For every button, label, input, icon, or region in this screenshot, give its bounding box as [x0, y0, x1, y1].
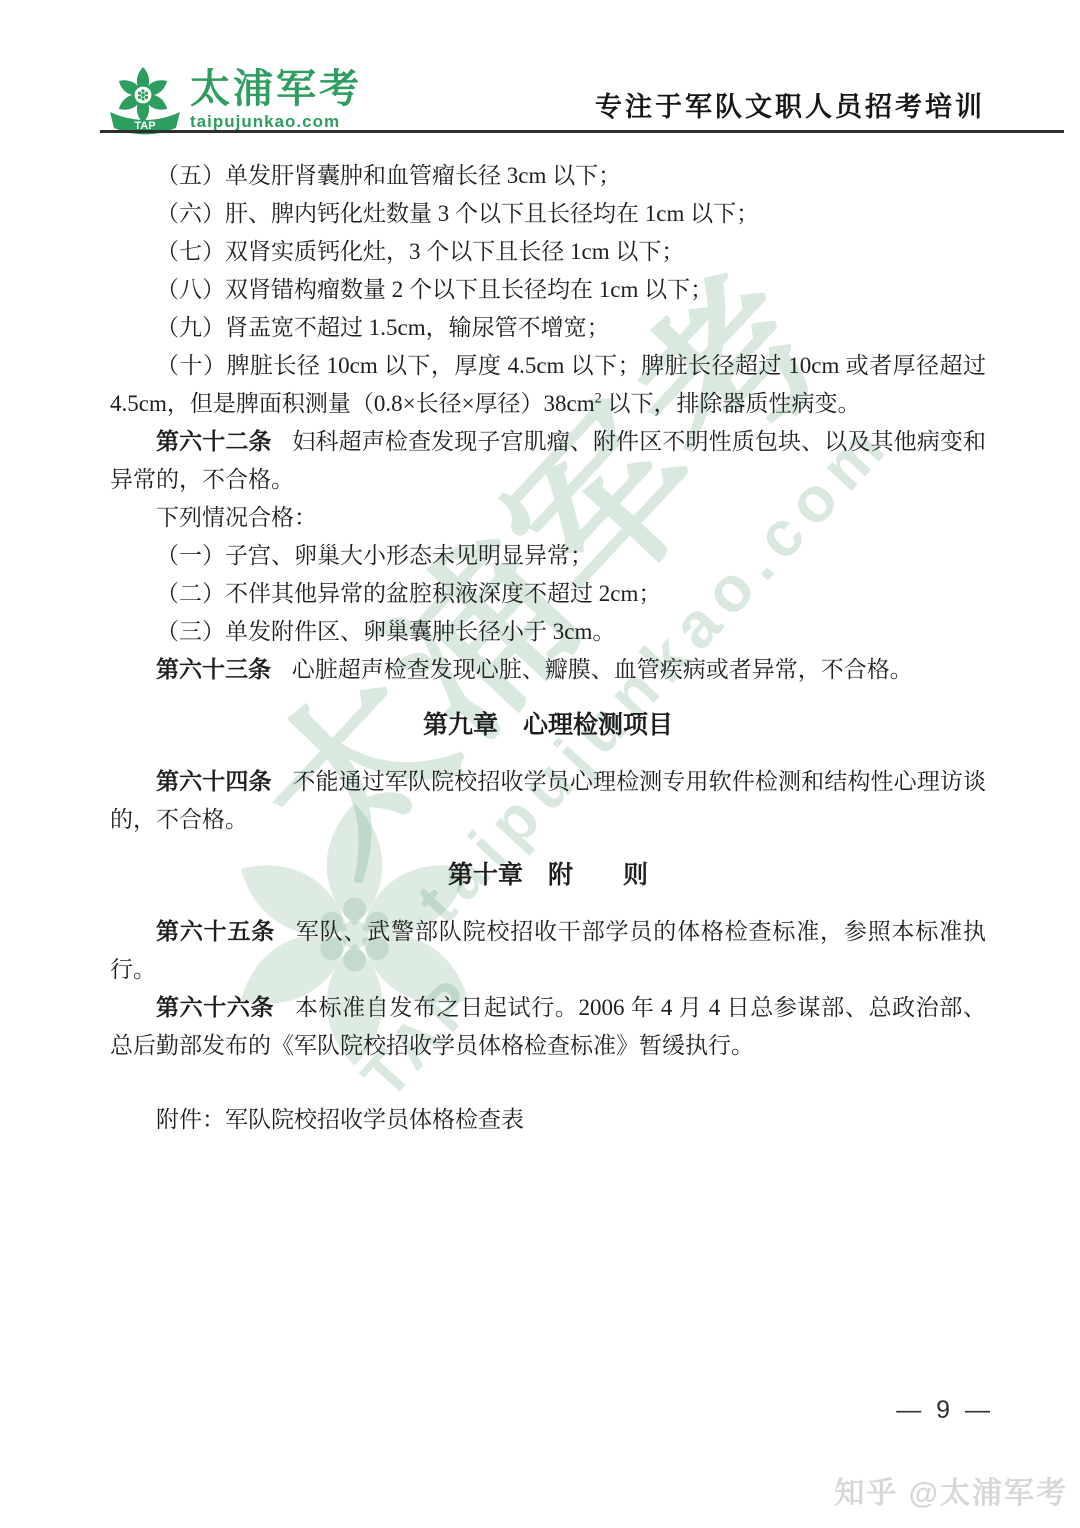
- item-6: （六）肝、脾内钙化灶数量 3 个以下且长径均在 1cm 以下；: [110, 195, 986, 233]
- tap-ribbon-icon: TAP: [106, 108, 184, 138]
- item-10-tail: 以下，排除器质性病变。: [602, 391, 861, 416]
- page-header: TAP 太浦军考 taipujunkao.com 专注于军队文职人员招考培训: [110, 66, 985, 132]
- qualified-item-2: （二）不伴其他异常的盆腔积液深度不超过 2cm；: [110, 575, 986, 613]
- logo-text-block: 太浦军考 taipujunkao.com: [190, 66, 362, 132]
- article-64-number: 第六十四条: [156, 769, 272, 794]
- attachment-line: 附件：军队院校招收学员体格检查表: [110, 1101, 986, 1139]
- chapter-9-title: 第九章 心理检测项目: [110, 707, 986, 745]
- header-divider-line: [100, 130, 1064, 133]
- brand-logo: TAP 太浦军考 taipujunkao.com: [110, 66, 362, 138]
- logo-emblem: TAP: [110, 66, 180, 138]
- logo-domain-text: taipujunkao.com: [190, 112, 362, 132]
- article-66-number: 第六十六条: [156, 995, 274, 1020]
- item-5: （五）单发肝肾囊肿和血管瘤长径 3cm 以下；: [110, 157, 986, 195]
- article-65-number: 第六十五条: [156, 919, 275, 944]
- article-66: 第六十六条本标准自发布之日起试行。2006 年 4 月 4 日总参谋部、总政治部…: [110, 989, 986, 1065]
- zhihu-credit-watermark: 知乎 @太浦军考: [834, 1468, 1068, 1512]
- qualified-item-1: （一）子宫、卵巢大小形态未见明显异常；: [110, 537, 986, 575]
- qualified-intro: 下列情况合格：: [110, 499, 986, 537]
- article-62: 第六十二条妇科超声检查发现子宫肌瘤、附件区不明性质包块、以及其他病变和异常的，不…: [110, 423, 986, 499]
- superscript-2: 2: [595, 390, 602, 406]
- chapter-10-title: 第十章 附 则: [110, 857, 986, 895]
- header-slogan: 专注于军队文职人员招考培训: [595, 85, 985, 124]
- article-63: 第六十三条心脏超声检查发现心脏、瓣膜、血管疾病或者异常，不合格。: [110, 651, 986, 689]
- document-body: （五）单发肝肾囊肿和血管瘤长径 3cm 以下； （六）肝、脾内钙化灶数量 3 个…: [110, 157, 986, 1139]
- article-65: 第六十五条军队、武警部队院校招收干部学员的体格检查标准，参照本标准执行。: [110, 913, 986, 989]
- article-62-number: 第六十二条: [156, 429, 272, 454]
- item-8: （八）双肾错构瘤数量 2 个以下且长径均在 1cm 以下；: [110, 271, 986, 309]
- article-63-text: 心脏超声检查发现心脏、瓣膜、血管疾病或者异常，不合格。: [292, 657, 913, 682]
- article-63-number: 第六十三条: [156, 657, 271, 682]
- logo-brand-text: 太浦军考: [190, 68, 362, 110]
- page-number: — 9 —: [896, 1396, 994, 1425]
- qualified-item-3: （三）单发附件区、卵巢囊肿长径小于 3cm。: [110, 613, 986, 651]
- item-9: （九）肾盂宽不超过 1.5cm，输尿管不增宽；: [110, 309, 986, 347]
- article-64: 第六十四条不能通过军队院校招收学员心理检测专用软件检测和结构性心理访谈的，不合格…: [110, 763, 986, 839]
- item-7: （七）双肾实质钙化灶，3 个以下且长径 1cm 以下；: [110, 233, 986, 271]
- item-10: （十）脾脏长径 10cm 以下，厚度 4.5cm 以下；脾脏长径超过 10cm …: [110, 347, 986, 423]
